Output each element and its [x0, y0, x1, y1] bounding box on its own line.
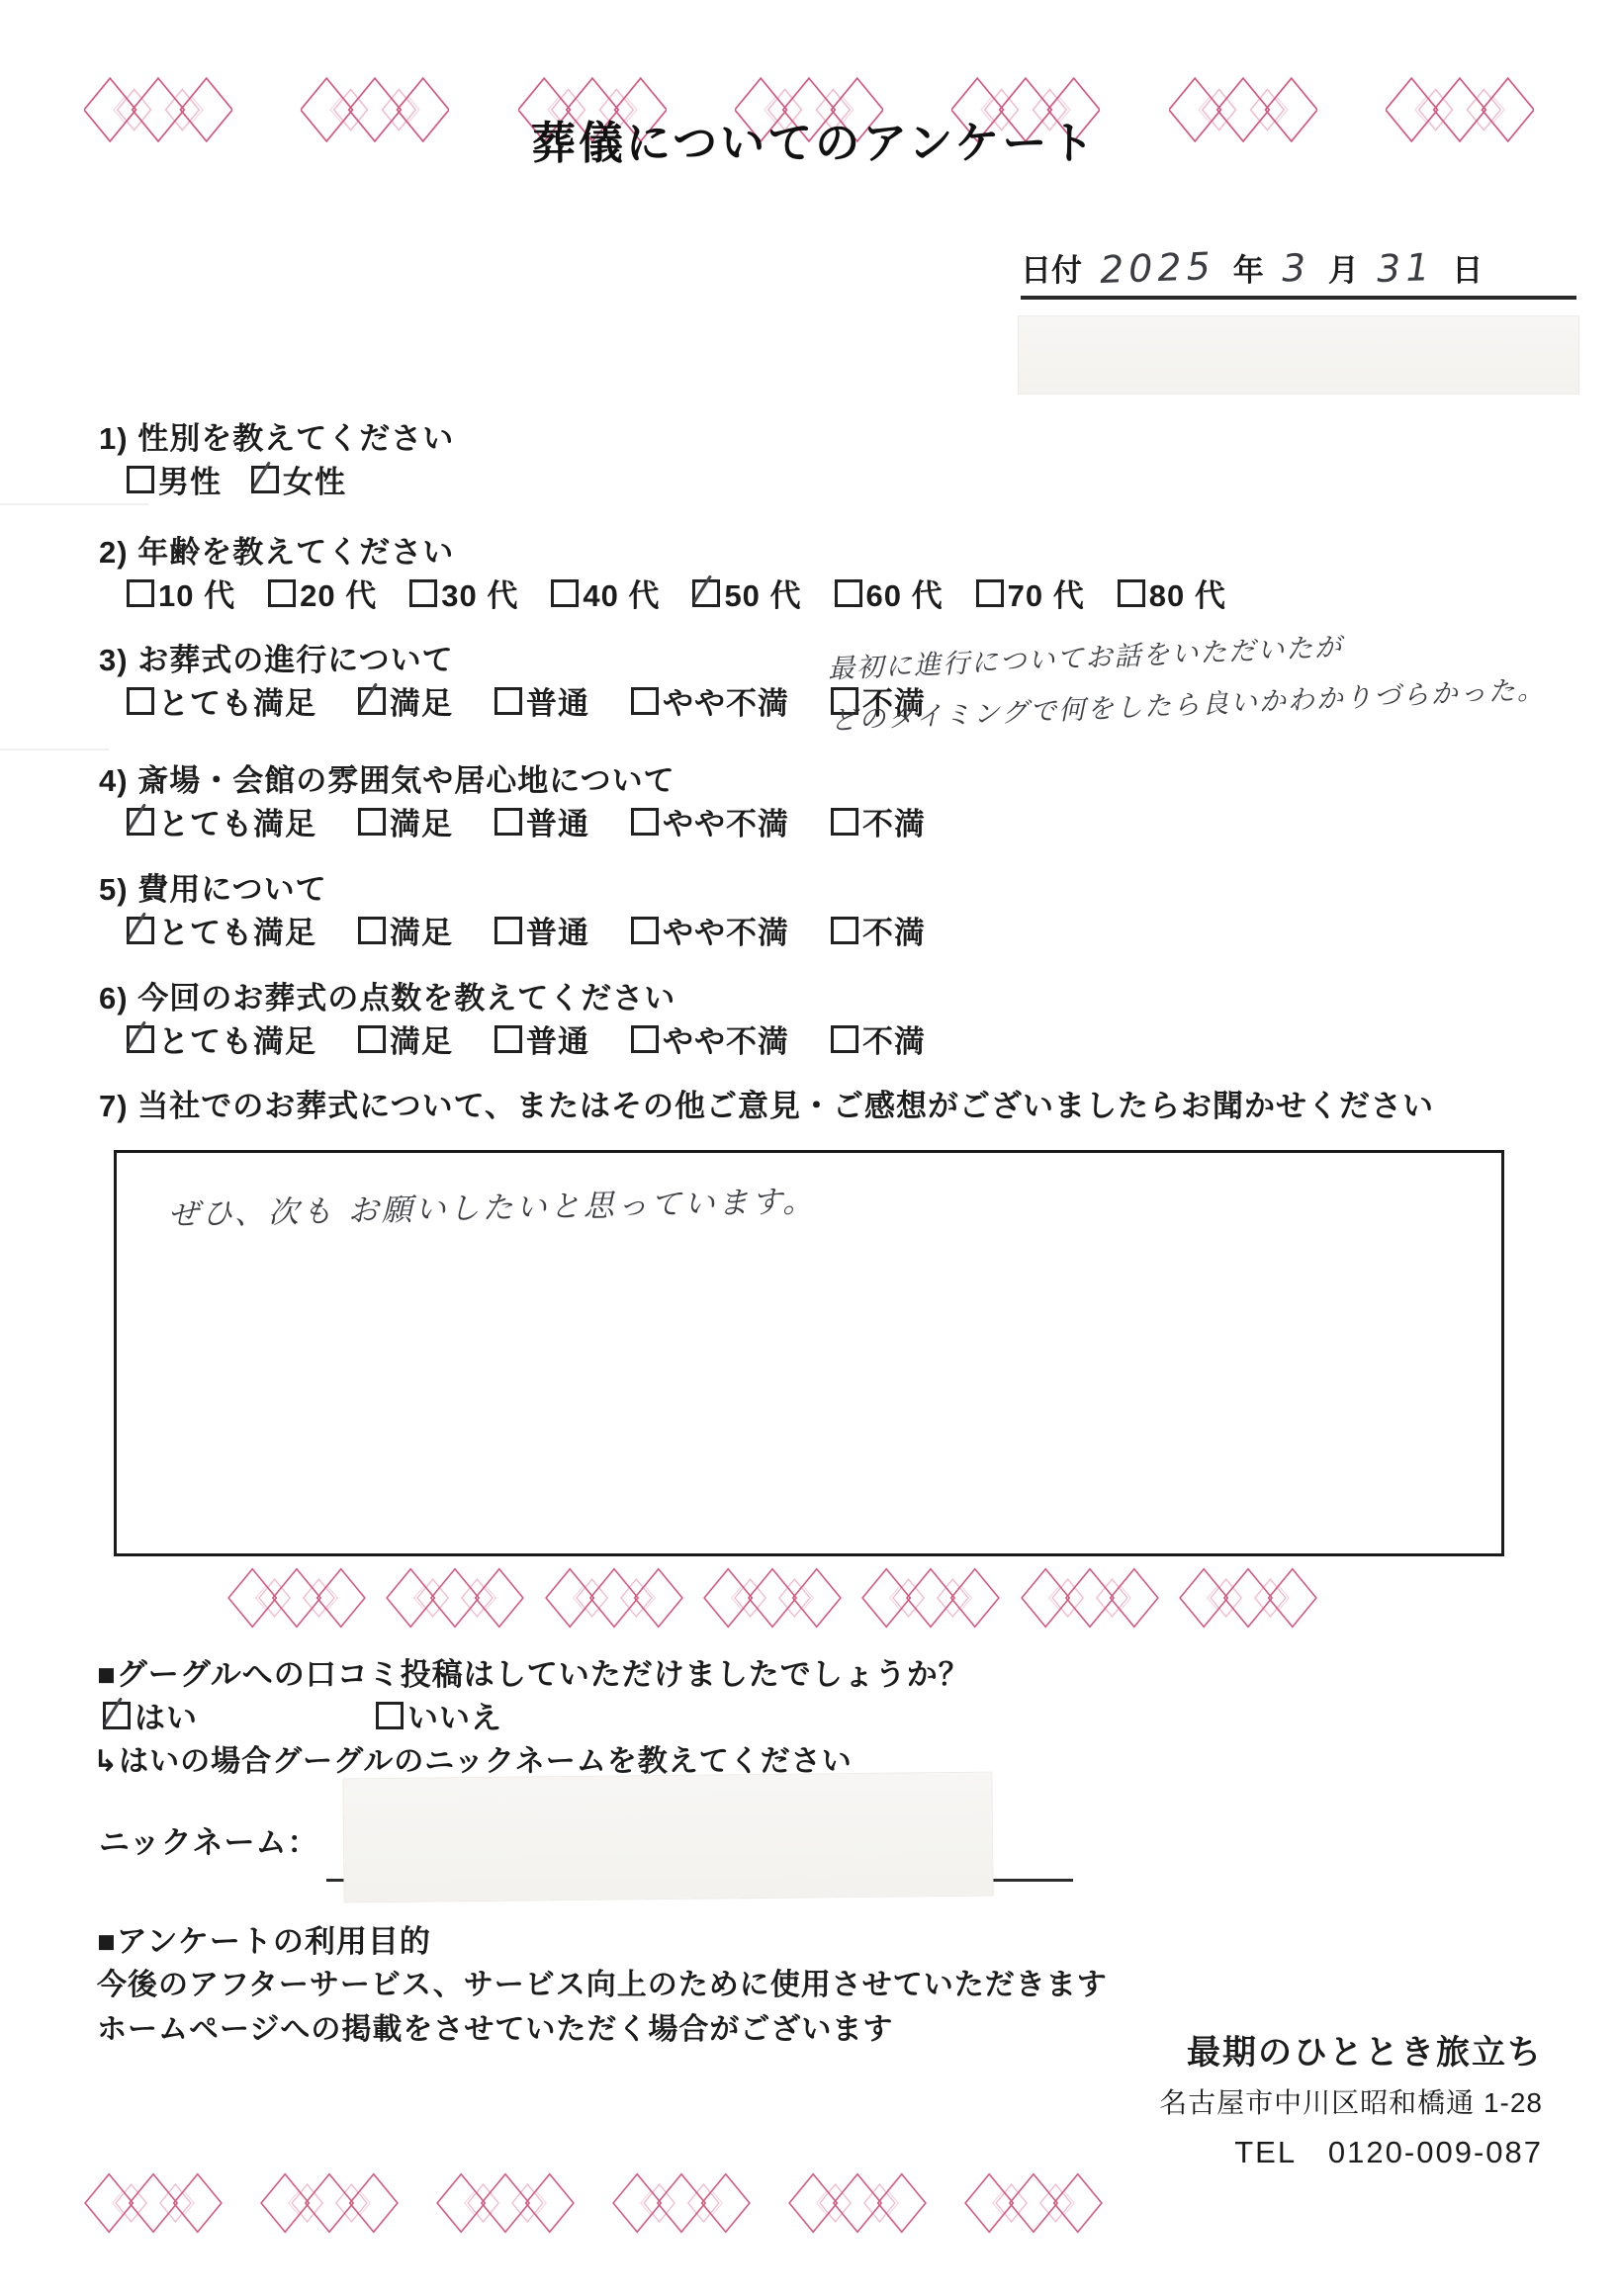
question-number: 7): [99, 1089, 129, 1123]
option-label: 60 代: [866, 571, 944, 615]
google-nickname-followup: ↳はいの場合グーグルのニックネームを教えてください: [93, 1736, 853, 1780]
option-label: 20 代: [300, 571, 377, 615]
diamond-cluster-icon: [612, 2172, 751, 2234]
option-satisfaction: 満足: [358, 1016, 453, 1061]
option-satisfaction: 不満: [831, 799, 926, 843]
option-satisfaction: 普通: [495, 1016, 589, 1061]
option-label: はい: [135, 1693, 198, 1737]
diamond-cluster-icon: [1386, 76, 1534, 143]
date-label: 日付: [1021, 245, 1082, 290]
diamond-cluster-icon: [703, 1567, 842, 1629]
checkbox[interactable]: [358, 1025, 386, 1053]
scan-artifact-line: [0, 749, 109, 751]
option-satisfaction: とても満足: [127, 908, 316, 952]
option-label: 不満: [862, 1016, 926, 1061]
option-yes: はい: [103, 1693, 198, 1737]
option-age: 70 代: [976, 571, 1085, 615]
question-5-options: とても満足 満足 普通 やや不満 不満: [127, 908, 926, 952]
option-label: 満足: [390, 799, 453, 843]
option-satisfaction: やや不満: [631, 908, 789, 952]
question-6-options: とても満足 満足 普通 やや不満 不満: [127, 1016, 926, 1061]
purpose-line-1: 今後のアフターサービス、サービス向上のために使用させていただきます: [97, 1960, 1108, 2003]
checkbox[interactable]: [358, 687, 386, 715]
checkbox[interactable]: [631, 1025, 659, 1053]
checkbox[interactable]: [376, 1702, 404, 1729]
option-label: 普通: [526, 799, 589, 843]
option-label: 満足: [390, 908, 453, 952]
checkbox[interactable]: [831, 808, 858, 836]
checkbox[interactable]: [831, 917, 858, 944]
question-3-handwritten-note: 最初に進行についてお話をいただいたが どのタイミングで何をしたら良いかわかりづら…: [827, 613, 1547, 747]
checkbox[interactable]: [251, 466, 279, 493]
checkbox[interactable]: [495, 808, 522, 836]
checkbox[interactable]: [551, 579, 579, 607]
footer-address: 名古屋市中川区昭和橋通 1-28: [989, 2081, 1543, 2121]
page-title: 葬儀についてのアンケート: [531, 107, 1097, 171]
option-label: いいえ: [407, 1693, 502, 1737]
option-label: やや不満: [663, 799, 789, 843]
diamond-cluster-icon: [964, 2172, 1103, 2234]
option-age: 10 代: [127, 571, 235, 615]
question-text: 斎場・会館の雰囲気や居心地について: [137, 763, 675, 798]
option-label: 不満: [862, 799, 926, 843]
option-male: 男性: [127, 457, 222, 501]
option-satisfaction: とても満足: [127, 678, 316, 723]
decorative-diamond-band-bottom: [84, 2171, 1103, 2235]
question-3-label: 3) お葬式の進行について: [99, 635, 454, 679]
checkbox[interactable]: [268, 579, 296, 607]
question-2-label: 2) 年齢を教えてください: [99, 527, 454, 572]
diamond-cluster-icon: [386, 1567, 524, 1629]
diamond-cluster-icon: [545, 1567, 683, 1629]
comment-box[interactable]: ぜひ、次も お願いしたいと思っています。: [114, 1150, 1504, 1556]
option-age: 40 代: [551, 571, 660, 615]
checkbox[interactable]: [127, 1025, 154, 1053]
option-label: 女性: [283, 457, 346, 501]
question-text: 費用について: [137, 872, 326, 907]
option-label: やや不満: [663, 908, 789, 952]
question-7-label: 7) 当社でのお葬式について、またはその他ご意見・ご感想がございましたらお聞かせ…: [99, 1081, 1434, 1125]
option-label: 普通: [526, 908, 589, 952]
option-label: 70 代: [1008, 571, 1085, 615]
diamond-cluster-icon: [227, 1567, 366, 1629]
scan-artifact-line: [0, 503, 148, 505]
date-year-unit: 年: [1233, 245, 1264, 290]
checkbox[interactable]: [976, 579, 1004, 607]
option-satisfaction: とても満足: [127, 1016, 316, 1061]
diamond-cluster-icon: [1169, 76, 1317, 143]
option-label: とても満足: [158, 1016, 316, 1061]
checkbox[interactable]: [127, 808, 154, 836]
checkbox[interactable]: [358, 808, 386, 836]
question-4-options: とても満足 満足 普通 やや不満 不満: [127, 799, 926, 843]
nickname-label: ニックネーム：: [99, 1817, 318, 1862]
checkbox[interactable]: [631, 687, 659, 715]
question-1-options: 男性 女性: [127, 457, 346, 501]
option-age: 60 代: [835, 571, 944, 615]
checkbox[interactable]: [692, 579, 720, 607]
option-female: 女性: [251, 457, 346, 501]
question-number: 2): [99, 535, 129, 570]
question-number: 3): [99, 643, 129, 677]
diamond-cluster-icon: [1179, 1567, 1317, 1629]
decorative-diamond-band-middle: [227, 1566, 1317, 1630]
diamond-cluster-icon: [301, 76, 449, 143]
footer-company-name: 最期のひととき旅立ち: [989, 2025, 1543, 2074]
option-age: 50 代: [692, 571, 801, 615]
diamond-cluster-icon: [861, 1567, 1000, 1629]
purpose-line-2: ホームページへの掲載をさせていただく場合がございます: [97, 2004, 893, 2048]
checkbox[interactable]: [103, 1702, 131, 1729]
question-4-label: 4) 斎場・会館の雰囲気や居心地について: [99, 755, 675, 800]
option-satisfaction: 満足: [358, 678, 453, 723]
option-label: 30 代: [441, 571, 518, 615]
question-text: 性別を教えてください: [137, 421, 454, 456]
survey-page: 葬儀についてのアンケート 日付 2025 年 3 月 31 日 1) 性別を教え…: [0, 0, 1619, 2296]
question-number: 4): [99, 763, 129, 798]
option-satisfaction: 満足: [358, 908, 453, 952]
checkbox[interactable]: [127, 466, 154, 493]
option-satisfaction: 不満: [831, 1016, 926, 1061]
comment-handwritten-answer: ぜひ、次も お願いしたいと思っています。: [168, 1176, 817, 1234]
checkbox[interactable]: [631, 917, 659, 944]
option-satisfaction: やや不満: [631, 1016, 789, 1061]
option-label: 満足: [390, 678, 453, 723]
checkbox[interactable]: [495, 1025, 522, 1053]
option-satisfaction: 不満: [831, 908, 926, 952]
option-satisfaction: 普通: [495, 799, 589, 843]
option-label: 普通: [526, 1016, 589, 1061]
option-age: 80 代: [1118, 571, 1226, 615]
checkbox[interactable]: [127, 579, 154, 607]
date-month-handwritten: 3: [1281, 246, 1311, 291]
checkbox[interactable]: [358, 917, 386, 944]
question-text: お葬式の進行について: [137, 643, 453, 677]
option-label: 不満: [862, 908, 926, 952]
checkbox[interactable]: [835, 579, 862, 607]
diamond-cluster-icon: [788, 2172, 927, 2234]
option-label: やや不満: [663, 678, 789, 723]
option-label: 10 代: [158, 571, 235, 615]
option-label: 満足: [390, 1016, 453, 1061]
question-6-label: 6) 今回のお葬式の点数を教えてください: [99, 973, 675, 1017]
footer-phone: TEL 0120-009-087: [989, 2127, 1543, 2171]
checkbox[interactable]: [1118, 579, 1145, 607]
purpose-heading: ■アンケートの利用目的: [97, 1916, 431, 1961]
checkbox[interactable]: [127, 687, 154, 715]
question-2-options: 10 代 20 代 30 代 40 代 50 代 60 代 70 代 80 代: [127, 571, 1226, 615]
option-satisfaction: 普通: [495, 908, 589, 952]
option-satisfaction: やや不満: [631, 799, 789, 843]
option-label: 男性: [158, 457, 222, 501]
checkbox[interactable]: [495, 687, 522, 715]
date-month-unit: 月: [1328, 245, 1359, 290]
date-day-unit: 日: [1452, 245, 1483, 290]
option-age: 20 代: [268, 571, 377, 615]
date-row: 日付 2025 年 3 月 31 日: [1021, 245, 1576, 300]
question-5-label: 5) 費用について: [99, 864, 327, 909]
diamond-cluster-icon: [84, 2172, 223, 2234]
question-number: 1): [99, 421, 129, 456]
redacted-name-patch: [1019, 316, 1578, 394]
question-text: 今回のお葬式の点数を教えてください: [137, 981, 675, 1016]
option-label: とても満足: [158, 799, 316, 843]
checkbox[interactable]: [631, 808, 659, 836]
google-review-heading: ■グーグルへの口コミ投稿はしていただけましたでしょうか？: [97, 1649, 970, 1694]
option-age: 30 代: [409, 571, 518, 615]
option-label: やや不満: [663, 1016, 789, 1061]
diamond-cluster-icon: [1021, 1567, 1159, 1629]
footer: 最期のひととき旅立ち 名古屋市中川区昭和橋通 1-28 TEL 0120-009…: [989, 2025, 1543, 2171]
option-satisfaction: やや不満: [631, 678, 789, 723]
question-number: 6): [99, 981, 129, 1016]
option-label: 普通: [526, 678, 589, 723]
question-3-options: とても満足 満足 普通 やや不満 不満: [127, 678, 926, 723]
diamond-cluster-icon: [84, 76, 232, 143]
question-text: 年齢を教えてください: [137, 535, 454, 570]
option-label: とても満足: [158, 678, 316, 723]
option-satisfaction: とても満足: [127, 799, 316, 843]
option-label: 80 代: [1149, 571, 1226, 615]
checkbox[interactable]: [127, 917, 154, 944]
question-number: 5): [99, 872, 129, 907]
question-1-label: 1) 性別を教えてください: [99, 413, 454, 458]
date-day-handwritten: 31: [1376, 245, 1435, 291]
checkbox[interactable]: [831, 1025, 858, 1053]
question-text: 当社でのお葬式について、またはその他ご意見・ご感想がございましたらお聞かせくださ…: [137, 1089, 1434, 1123]
google-review-options: はい いいえ: [103, 1693, 502, 1737]
option-label: 40 代: [583, 571, 660, 615]
checkbox[interactable]: [495, 917, 522, 944]
option-no: いいえ: [376, 1693, 502, 1737]
diamond-cluster-icon: [436, 2172, 575, 2234]
redacted-nickname-patch: [343, 1773, 992, 1902]
option-label: 50 代: [724, 571, 801, 615]
option-label: とても満足: [158, 908, 316, 952]
option-satisfaction: 満足: [358, 799, 453, 843]
checkbox[interactable]: [409, 579, 437, 607]
date-year-handwritten: 2025: [1099, 244, 1215, 292]
option-satisfaction: 普通: [495, 678, 589, 723]
diamond-cluster-icon: [260, 2172, 399, 2234]
